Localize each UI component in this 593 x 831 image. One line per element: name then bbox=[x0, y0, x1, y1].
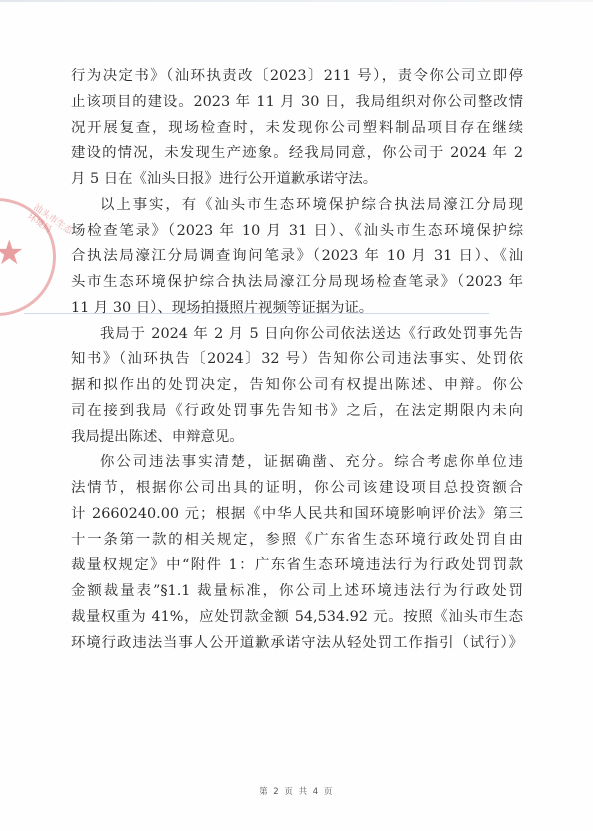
text-line: 我局提出陈述、申辩意见。 bbox=[71, 425, 523, 451]
text-line: 裁量权规定》中“附件 1：广东省生态环境违法行为行政处罚罚款 bbox=[71, 553, 523, 579]
text-line: 况开展复查，现场检查时，未发现你公司塑料制品项目存在继续 bbox=[71, 116, 523, 142]
text-line: 行为决定书》（汕环执责改〔2023〕211 号），责令你公司立即停 bbox=[71, 64, 523, 90]
text-line: 11 月 30 日）、现场拍摄照片视频等证据为证。 bbox=[71, 296, 523, 322]
text-line: 以上事实，有《汕头市生态环境保护综合执法局濠江分局现 bbox=[71, 193, 523, 219]
scan-top-edge bbox=[0, 0, 593, 2]
text-line: 建设的情况，未发现生产迹象。经我局同意，你公司于 2024 年 2 bbox=[71, 141, 523, 167]
text-line: 金额裁量表”§1.1 裁量标准，你公司上述环境违法行为行政处罚 bbox=[71, 579, 523, 605]
text-line: 十一条第一款的相关规定，参照《广东省生态环境行政处罚自由 bbox=[71, 528, 523, 554]
text-line: 月 5 日在《汕头日报》进行公开道歉承诺守法。 bbox=[71, 167, 523, 193]
document-page: ★ 汕头市生态环境局 行为决定书》（汕环执责改〔2023〕211 号），责令你公… bbox=[0, 0, 593, 831]
text-line: 环境行政违法当事人公开道歉承诺守法从轻处罚工作指引（试行）》 bbox=[71, 631, 523, 657]
text-line: 知书》（汕环执告〔2024〕32 号）告知你公司违法事实、处罚依 bbox=[71, 347, 523, 373]
text-line: 止该项目的建设。2023 年 11 月 30 日，我局组织对你公司整改情 bbox=[71, 90, 523, 116]
text-line: 计 2660240.00 元；根据《中华人民共和国环境影响评价法》第三 bbox=[71, 502, 523, 528]
text-line: 法情节，根据你公司出具的证明，你公司该建设项目总投资额合 bbox=[71, 476, 523, 502]
text-line: 裁量权重为 41%，应处罚款金额 54,534.92 元。按照《汕头市生态 bbox=[71, 605, 523, 631]
text-line: 合执法局濠江分局调查询问笔录》（2023 年 10 月 31 日）、《汕 bbox=[71, 244, 523, 270]
text-line: 据和拟作出的处罚决定，告知你公司有权提出陈述、申辩。你公 bbox=[71, 373, 523, 399]
document-body: 行为决定书》（汕环执责改〔2023〕211 号），责令你公司立即停止该项目的建设… bbox=[71, 64, 523, 656]
text-line: 我局于 2024 年 2 月 5 日向你公司依法送达《行政处罚事先告 bbox=[71, 322, 523, 348]
text-line: 司在接到我局《行政处罚事先告知书》之后，在法定期限内未向 bbox=[71, 399, 523, 425]
page-number: 第 2 页 共 4 页 bbox=[0, 785, 593, 797]
text-line: 头市生态环境保护综合执法局濠江分局现场检查笔录》（2023 年 bbox=[71, 270, 523, 296]
text-line: 场检查笔录》（2023 年 10 月 31 日）、《汕头市生态环境保护综 bbox=[71, 219, 523, 245]
text-line: 你公司违法事实清楚，证据确凿、充分。综合考虑你单位违 bbox=[71, 450, 523, 476]
